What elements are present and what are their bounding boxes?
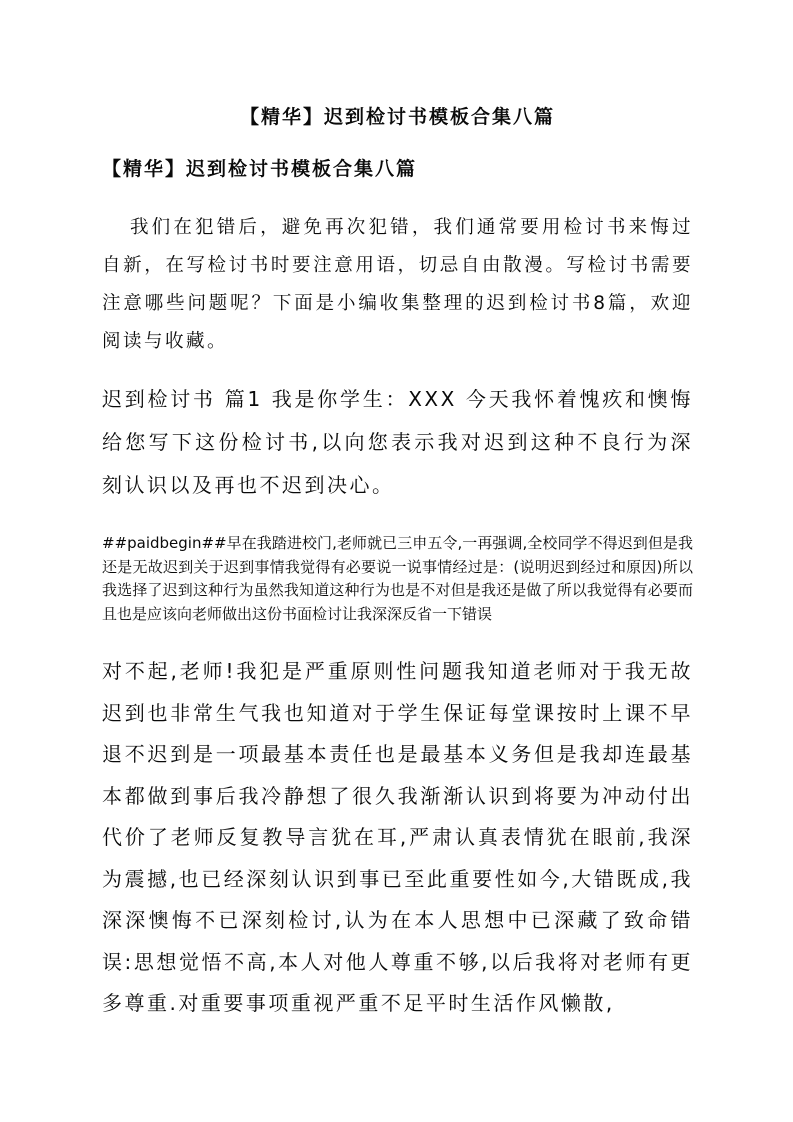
intro-paragraph: 我们在犯错后，避免再次犯错，我们通常要用检讨书来悔过自新，在写检讨书时要注意用语… (102, 209, 693, 361)
document-heading: 【精华】迟到检讨书模板合集八篇 (102, 154, 693, 184)
document-title: 【精华】迟到检讨书模板合集八篇 (102, 102, 693, 132)
apology-body-paragraph: 对不起,老师!我犯是严重原则性问题我知道老师对于我无故迟到也非常生气我也知道对于… (102, 651, 693, 1025)
paidbegin-note-paragraph: ##paidbegin##早在我踏进校门,老师就已三申五令,一再强调,全校同学不… (102, 532, 693, 626)
piece1-lead-paragraph: 迟到检讨书 篇1 我是你学生：XXX 今天我怀着愧疚和懊悔给您写下这份检讨书,以… (102, 378, 693, 507)
document-page: 【精华】迟到检讨书模板合集八篇 【精华】迟到检讨书模板合集八篇 我们在犯错后，避… (0, 0, 793, 1122)
